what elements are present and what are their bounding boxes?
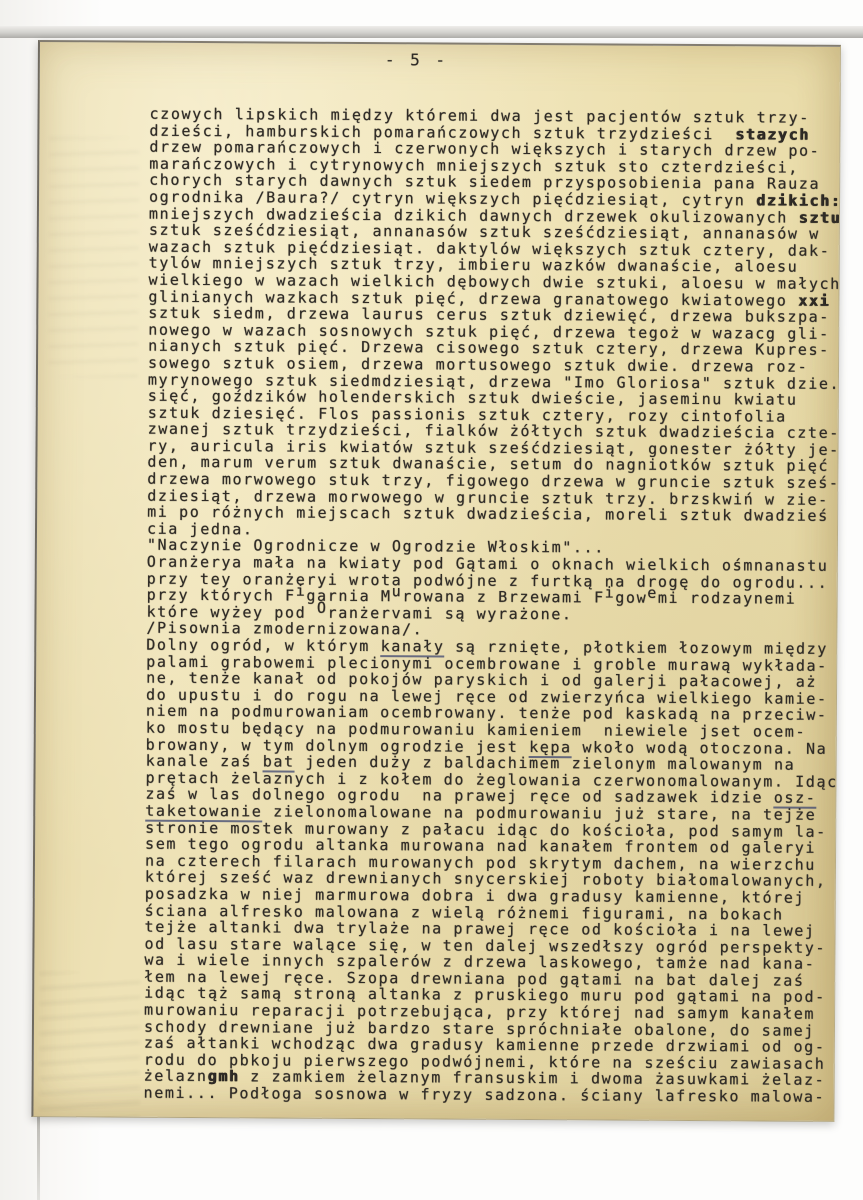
overstruck-text: gmh xyxy=(208,1067,240,1085)
scanner-artifact-line xyxy=(0,26,863,38)
text-segment: u xyxy=(392,582,403,600)
page-number: - 5 - xyxy=(385,50,448,69)
text-segment: O xyxy=(317,599,328,617)
text-segment: e xyxy=(647,584,658,602)
ink-bleedthrough-bottom xyxy=(39,972,140,1122)
text-segment: nemi... Podłoga sosnowa w fryzy sadzona.… xyxy=(144,1084,826,1106)
text-segment: gow xyxy=(615,589,647,607)
text-line: nemi... Podłoga sosnowa w fryzy sadzona.… xyxy=(144,1085,836,1106)
text-segment: i xyxy=(605,584,616,602)
text-segment: żelazn xyxy=(144,1067,208,1085)
scanner-edge-shadow xyxy=(37,1108,40,1200)
text-segment: i xyxy=(296,582,307,600)
overstruck-text: xxi xyxy=(798,291,830,309)
typewritten-text: czowych lipskich między któremi dwa jest… xyxy=(144,106,841,1106)
paper-sheet: - 5 - czowych lipskich między któremi dw… xyxy=(31,40,841,1122)
text-segment: mi rodzaynemi xyxy=(658,589,797,608)
ink-bleedthrough-top xyxy=(48,137,139,378)
